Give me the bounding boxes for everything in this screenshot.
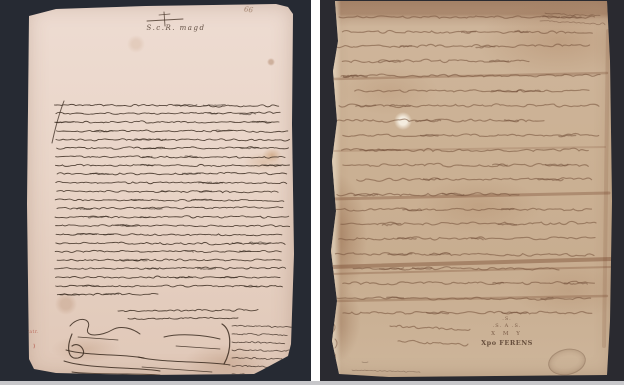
cipher-row-3: X M Y bbox=[462, 330, 552, 338]
left-manuscript-page: S.c.R. magd 66 Patr. bbox=[26, 4, 294, 377]
left-margin-archive-stamp: Patr. bbox=[26, 330, 39, 335]
bottom-strip bbox=[0, 381, 624, 385]
left-folio-number: 66 bbox=[243, 5, 253, 14]
cipher-row-2: .S. A .S. bbox=[462, 323, 552, 330]
left-manuscript-photo: S.c.R. magd 66 Patr. bbox=[0, 0, 311, 381]
left-heading-abbreviation: S.c.R. magd bbox=[134, 24, 218, 32]
cipher-row-1: .S. bbox=[462, 316, 552, 323]
right-manuscript-page: .S. .S. A .S. X M Y Xpo FERENS bbox=[329, 1, 613, 377]
columbus-signature-cipher: .S. .S. A .S. X M Y Xpo FERENS bbox=[462, 316, 552, 348]
photo-divider-gap bbox=[311, 0, 320, 381]
screenshot-root: S.c.R. magd 66 Patr. .S. .S. A .S. X M Y… bbox=[0, 0, 624, 385]
cipher-row-4-xpo-ferens: Xpo FERENS bbox=[462, 338, 552, 348]
right-manuscript-photo: .S. .S. A .S. X M Y Xpo FERENS bbox=[320, 0, 624, 381]
left-handwriting-ink bbox=[26, 4, 294, 377]
